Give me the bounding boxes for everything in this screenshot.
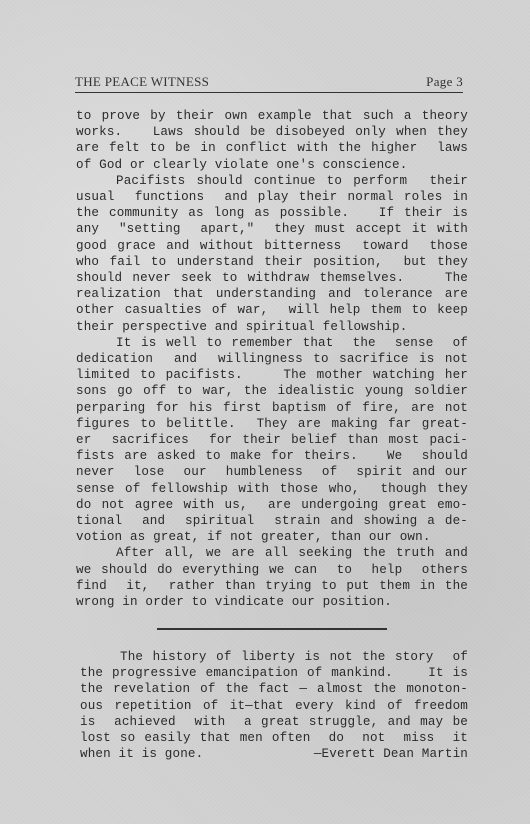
text-line: we should do everything we can to help o… xyxy=(76,562,468,578)
text-line: do not agree with us, are undergoing gre… xyxy=(76,497,468,513)
text-line: works. Laws should be disobeyed only whe… xyxy=(76,124,468,140)
text-line: usual functions and play their normal ro… xyxy=(76,189,468,205)
text-line: the community as long as possible. If th… xyxy=(76,205,468,221)
text-line: sons go off to war, the idealistic young… xyxy=(76,383,468,399)
text-line: other casualties of war, will help them … xyxy=(76,302,468,318)
text-line: never lose our humbleness of spirit and … xyxy=(76,464,468,480)
text-line: their perspective and spiritual fellowsh… xyxy=(76,319,468,335)
text-line: who fail to understand their position, b… xyxy=(76,254,468,270)
text-line: It is well to remember that the sense of xyxy=(76,335,468,351)
page-number: Page 3 xyxy=(426,74,463,90)
text-line: the revelation of the fact — almost the … xyxy=(80,681,468,697)
quotation-text: The history of liberty is not the story … xyxy=(80,649,468,746)
text-line: fists are asked to make for theirs. We s… xyxy=(76,448,468,464)
text-line: realization that understanding and toler… xyxy=(76,286,468,302)
text-line: wrong in order to vindicate our position… xyxy=(76,594,468,610)
text-line: tional and spiritual strain and showing … xyxy=(76,513,468,529)
section-divider xyxy=(157,628,387,630)
text-line: ous repetition of it—that every kind of … xyxy=(80,698,468,714)
text-line: perparing for his first baptism of fire,… xyxy=(76,400,468,416)
article-body: to prove by their own example that such … xyxy=(76,108,468,610)
quotation-block: The history of liberty is not the story … xyxy=(80,649,468,762)
text-line: of God or clearly violate one's conscien… xyxy=(76,157,468,173)
quotation-ending: when it is gone. xyxy=(80,746,203,762)
text-line: are felt to be in conflict with the high… xyxy=(76,140,468,156)
text-line: the progressive emancipation of mankind.… xyxy=(80,665,468,681)
text-line: sense of fellowship with those who, thou… xyxy=(76,481,468,497)
text-line: lost so easily that men often do not mis… xyxy=(80,730,468,746)
running-header: THE PEACE WITNESS Page 3 xyxy=(75,74,463,93)
text-line: votion as great, if not greater, than ou… xyxy=(76,529,468,545)
publication-title: THE PEACE WITNESS xyxy=(75,74,209,90)
quotation-attribution: —Everett Dean Martin xyxy=(314,746,468,762)
text-line: good grace and without bitterness toward… xyxy=(76,238,468,254)
text-line: dedication and willingness to sacrifice … xyxy=(76,351,468,367)
text-line: er sacrifices for their belief than most… xyxy=(76,432,468,448)
text-line: The history of liberty is not the story … xyxy=(80,649,468,665)
text-line: figures to belittle. They are making far… xyxy=(76,416,468,432)
text-line: After all, we are all seeking the truth … xyxy=(76,545,468,561)
quotation-final-line: when it is gone. —Everett Dean Martin xyxy=(80,746,468,762)
text-line: find it, rather than trying to put them … xyxy=(76,578,468,594)
text-line: should never seek to withdraw themselves… xyxy=(76,270,468,286)
text-line: Pacifists should continue to perform the… xyxy=(76,173,468,189)
text-line: is achieved with a great struggle, and m… xyxy=(80,714,468,730)
text-line: limited to pacifists. The mother watchin… xyxy=(76,367,468,383)
text-line: to prove by their own example that such … xyxy=(76,108,468,124)
text-line: any "setting apart," they must accept it… xyxy=(76,221,468,237)
